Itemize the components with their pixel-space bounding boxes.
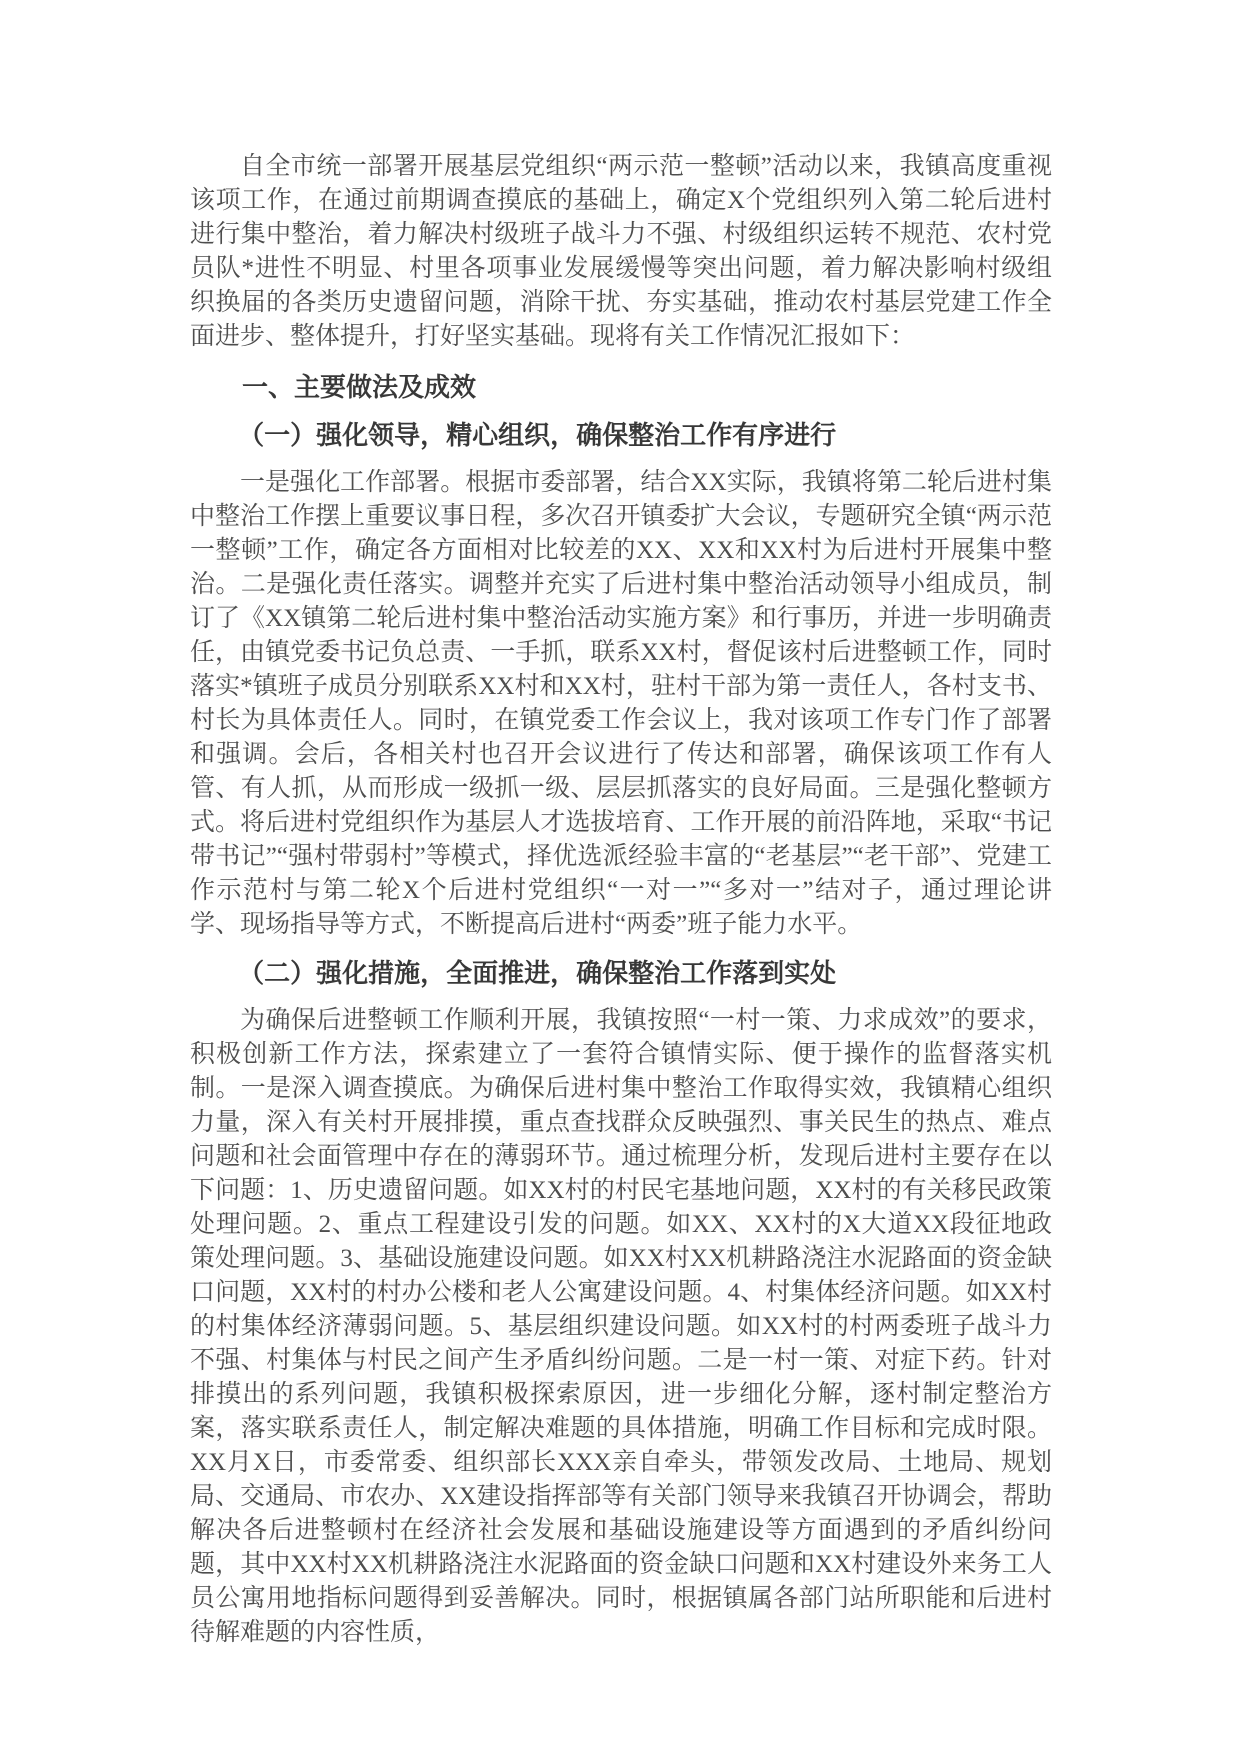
- intro-paragraph: 自全市统一部署开展基层党组织“两示范一整顿”活动以来，我镇高度重视该项工作，在通…: [190, 150, 1052, 354]
- subsection-heading-2: （二）强化措施，全面推进，确保整治工作落到实处: [190, 956, 1052, 990]
- subsection-2-paragraph: 为确保后进整顿工作顺利开展，我镇按照“一村一策、力求成效”的要求，积极创新工作方…: [190, 1004, 1052, 1650]
- subsection-heading-1: （一）强化领导，精心组织，确保整治工作有序进行: [190, 418, 1052, 452]
- document-body: 自全市统一部署开展基层党组织“两示范一整顿”活动以来，我镇高度重视该项工作，在通…: [190, 150, 1052, 1650]
- section-heading-main-practices: 一、主要做法及成效: [190, 370, 1052, 404]
- document-page: 自全市统一部署开展基层党组织“两示范一整顿”活动以来，我镇高度重视该项工作，在通…: [0, 0, 1240, 1754]
- subsection-1-paragraph: 一是强化工作部署。根据市委部署，结合XX实际，我镇将第二轮后进村集中整治工作摆上…: [190, 466, 1052, 942]
